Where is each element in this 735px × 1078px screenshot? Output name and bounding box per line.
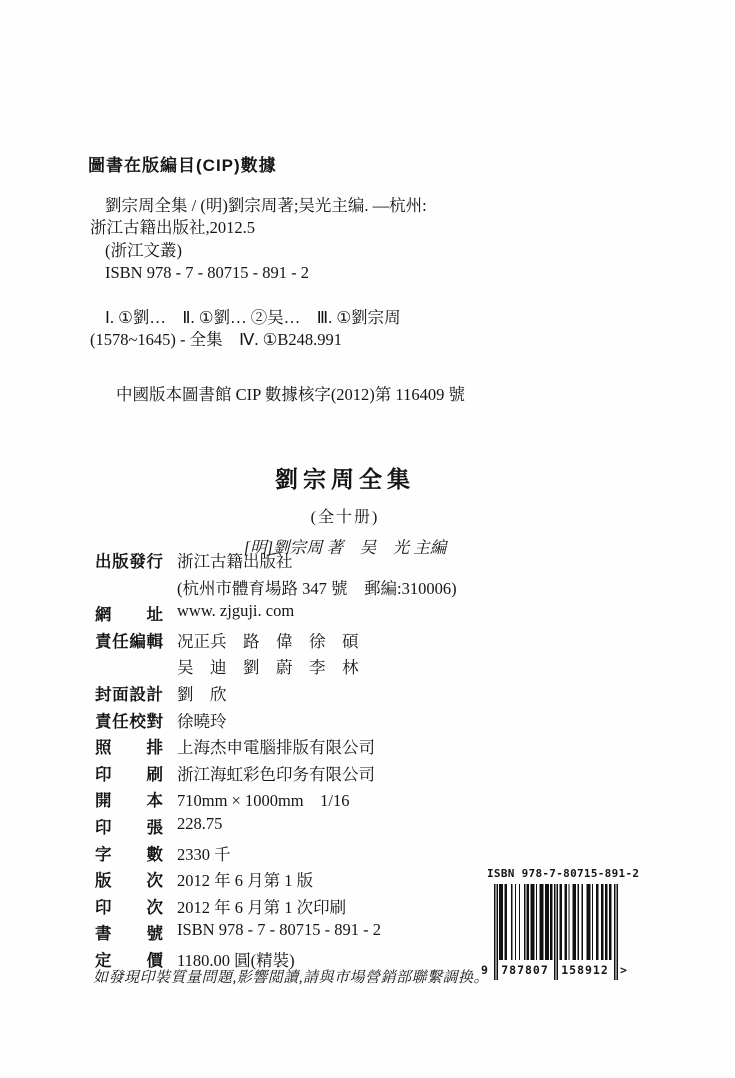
colophon-label: 開本 xyxy=(95,787,163,811)
colophon-label: 網址 xyxy=(95,601,163,625)
colophon-label: 責任校對 xyxy=(95,708,163,732)
book-colophon-page: 圖書在版編目(CIP)數據 劉宗周全集 / (明)劉宗周著;吴光主编. —杭州:… xyxy=(0,0,735,1078)
colophon-label: 出版發行 xyxy=(95,548,163,572)
barcode-digit-group: 9 xyxy=(481,963,488,978)
colophon-value: 浙江古籍出版社 xyxy=(177,548,293,572)
colophon-value: 上海杰申電腦排版有限公司 xyxy=(177,734,375,758)
colophon-row: 出版發行浙江古籍出版社 xyxy=(95,548,635,575)
isbn-barcode: ISBN 978-7-80715-891-2 9 787807 158912 > xyxy=(487,867,647,980)
colophon-row: 吴 迪 劉 蔚 李 林 xyxy=(95,654,635,681)
barcode-digits: 9 787807 158912 > xyxy=(494,963,618,980)
colophon-row: 網址www. zjguji. com xyxy=(95,601,635,628)
volume-note: (全十册) xyxy=(0,504,690,527)
colophon-value: 228.75 xyxy=(177,814,222,834)
colophon-value: ISBN 978 - 7 - 80715 - 891 - 2 xyxy=(177,920,381,940)
cip-classification: Ⅰ. ①劉… Ⅱ. ①劉… ②吴… Ⅲ. ①劉宗周 (1578~1645) - … xyxy=(88,307,548,352)
colophon-value: 2012 年 6 月第 1 次印刷 xyxy=(177,894,346,918)
footer-note: 如發現印裝質量問題,影響閲讀,請與市場營銷部聯繫調换。 xyxy=(93,966,489,987)
colophon-label: 印刷 xyxy=(95,761,163,785)
colophon-value: www. zjguji. com xyxy=(177,601,294,621)
colophon-row: 照排上海杰申電腦排版有限公司 xyxy=(95,734,635,761)
colophon-row: 字數2330 千 xyxy=(95,841,635,868)
colophon-value: 劉 欣 xyxy=(177,681,227,705)
colophon-label: 封面設計 xyxy=(95,681,163,705)
colophon-row: 開本710mm × 1000mm 1/16 xyxy=(95,787,635,814)
cip-class-line: Ⅰ. ①劉… Ⅱ. ①劉… ②吴… Ⅲ. ①劉宗周 xyxy=(88,307,548,330)
colophon-label: 印張 xyxy=(95,814,163,838)
cip-record-line: (浙江文叢) xyxy=(88,240,548,263)
colophon-label: 照排 xyxy=(95,734,163,758)
barcode-trailing-char: > xyxy=(620,963,627,978)
colophon-row: 封面設計劉 欣 xyxy=(95,681,635,708)
colophon-value: 浙江海虹彩色印务有限公司 xyxy=(177,761,375,785)
barcode-bars: 9 787807 158912 > xyxy=(494,884,618,980)
colophon-value: 徐曉玲 xyxy=(177,708,227,732)
cip-header: 圖書在版編目(CIP)數據 xyxy=(88,155,548,178)
colophon-row: 印刷浙江海虹彩色印务有限公司 xyxy=(95,761,635,788)
colophon-value: 吴 迪 劉 蔚 李 林 xyxy=(177,654,359,678)
cip-record-line: ISBN 978 - 7 - 80715 - 891 - 2 xyxy=(88,262,548,285)
cip-record-line: 劉宗周全集 / (明)劉宗周著;吴光主编. —杭州: xyxy=(88,195,548,218)
book-title: 劉宗周全集 xyxy=(0,461,690,494)
colophon-value: 2012 年 6 月第 1 版 xyxy=(177,867,313,891)
cip-class-line: (1578~1645) - 全集 Ⅳ. ①B248.991 xyxy=(88,329,548,352)
colophon-label: 版次 xyxy=(95,867,163,891)
barcode-digit-group: 158912 xyxy=(558,963,612,978)
colophon-label: 書號 xyxy=(95,920,163,944)
colophon-value: 710mm × 1000mm 1/16 xyxy=(177,787,349,811)
colophon-value: (杭州市體育場路 347 號 郵編:310006) xyxy=(177,575,457,599)
cip-record-number: 中國版本圖書館 CIP 數據核字(2012)第 116409 號 xyxy=(88,384,548,407)
colophon-row: 責任編輯况正兵 路 偉 徐 碩 xyxy=(95,628,635,655)
title-block: 劉宗周全集 (全十册) [明]劉宗周 著 吴 光 主編 xyxy=(0,461,690,558)
cip-record-line: 浙江古籍出版社,2012.5 xyxy=(88,217,548,240)
colophon-label: 責任編輯 xyxy=(95,628,163,652)
colophon-row: (杭州市體育場路 347 號 郵編:310006) xyxy=(95,575,635,602)
cip-record: 劉宗周全集 / (明)劉宗周著;吴光主编. —杭州: 浙江古籍出版社,2012.… xyxy=(88,195,548,285)
colophon-row: 印張228.75 xyxy=(95,814,635,841)
colophon-value: 2330 千 xyxy=(177,841,231,865)
barcode-digit-group: 787807 xyxy=(498,963,552,978)
barcode-isbn-label: ISBN 978-7-80715-891-2 xyxy=(487,867,647,880)
cip-block: 圖書在版編目(CIP)數據 劉宗周全集 / (明)劉宗周著;吴光主编. —杭州:… xyxy=(88,155,548,406)
colophon-value: 况正兵 路 偉 徐 碩 xyxy=(177,628,359,652)
colophon-label: 字數 xyxy=(95,841,163,865)
colophon-row: 責任校對徐曉玲 xyxy=(95,708,635,735)
colophon-label: 印次 xyxy=(95,894,163,918)
